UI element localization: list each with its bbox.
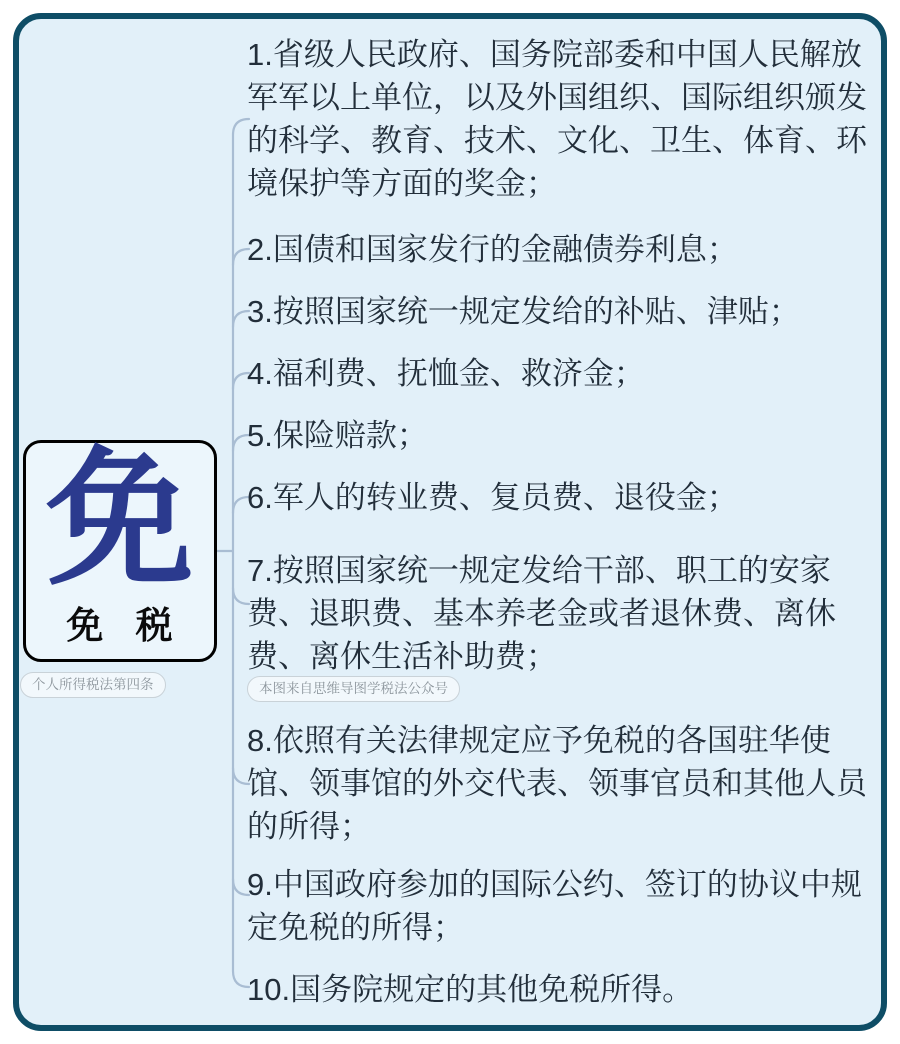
law-reference-tag: 个人所得税法第四条 (20, 672, 166, 698)
root-topic-label: 免 税 (66, 595, 173, 649)
exempt-item-4[interactable]: 4.福利费、抚恤金、救济金； (247, 352, 889, 395)
exempt-item-2[interactable]: 2.国债和国家发行的金融债券利息； (247, 228, 889, 271)
root-topic-glyph: 免 (46, 445, 194, 593)
exempt-item-9[interactable]: 9.中国政府参加的国际公约、签订的协议中规定免税的所得； (247, 863, 889, 949)
root-topic-node[interactable]: 免 免 税 (23, 440, 217, 662)
source-watermark-tag: 本图来自思维导图学税法公众号 (247, 676, 460, 702)
exempt-item-7[interactable]: 7.按照国家统一规定发给干部、职工的安家费、退职费、基本养老金或者退休费、离休费… (247, 549, 889, 678)
exempt-item-10[interactable]: 10.国务院规定的其他免税所得。 (247, 968, 889, 1011)
exempt-item-3[interactable]: 3.按照国家统一规定发给的补贴、津贴； (247, 290, 889, 333)
exempt-item-5[interactable]: 5.保险赔款； (247, 414, 889, 457)
exempt-item-6[interactable]: 6.军人的转业费、复员费、退役金； (247, 476, 889, 519)
exempt-item-8[interactable]: 8.依照有关法律规定应予免税的各国驻华使馆、领事馆的外交代表、领事官员和其他人员… (247, 719, 889, 848)
exempt-item-1[interactable]: 1.省级人民政府、国务院部委和中国人民解放军军以上单位，以及外国组织、国际组织颁… (247, 33, 889, 205)
